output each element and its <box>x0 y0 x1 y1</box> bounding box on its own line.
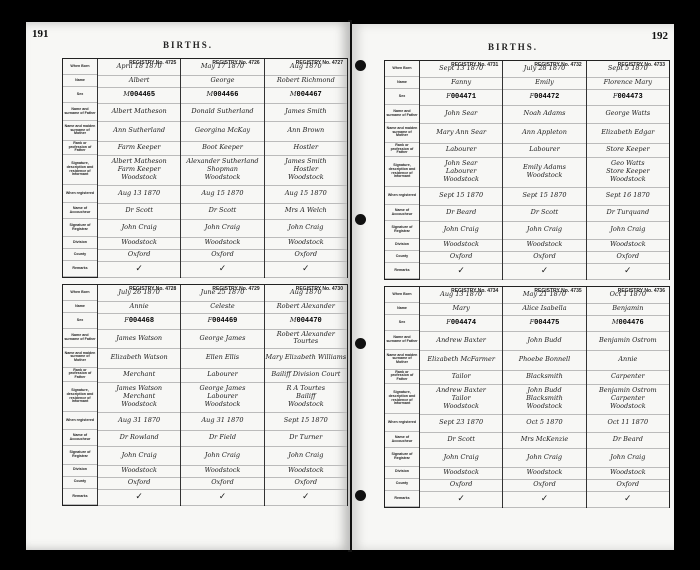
entry-accoucheur: Mrs A Welch <box>265 203 347 220</box>
row-label: Name and maiden surname of Mother <box>63 348 97 368</box>
row-label: Division <box>63 465 97 477</box>
row-label: Name and maiden surname of Mother <box>385 123 419 143</box>
entry-registrar: John Craig <box>503 221 585 240</box>
entry-accoucheur: Dr Beard <box>420 205 502 222</box>
entry-informant: Alexander SutherlandShopmanWoodstock <box>181 155 263 186</box>
row-label: Name of Accoucheur <box>63 430 97 446</box>
entry-remarks: ✓ <box>181 489 263 506</box>
checkmark-icon: ✓ <box>457 494 465 505</box>
row-label: Remarks <box>63 261 97 277</box>
row-label: When Born <box>385 61 419 77</box>
entry-registrar: John Craig <box>587 221 669 240</box>
row-label: When Born <box>63 285 97 301</box>
entry-when-born: Aug 1870 <box>265 59 347 76</box>
entry-informant: James SmithHostlerWoodstock <box>265 155 347 186</box>
checkmark-icon: ✓ <box>135 264 143 275</box>
page-title: BIRTHS. <box>26 40 350 50</box>
entry-sex: F 004473 <box>587 89 669 106</box>
entry-informant: R A TourtesBailiffWoodstock <box>265 382 347 413</box>
entry-father: Albert Matheson <box>98 103 180 122</box>
row-label: County <box>63 249 97 261</box>
entry-when-born: April 18 1870 <box>98 59 180 76</box>
entry-registered: Sept 15 1870 <box>503 187 585 206</box>
entry-remarks: ✓ <box>98 489 180 506</box>
entry-when-born: Aug 13 1870 <box>420 287 502 304</box>
certificate-stamp: 004476 <box>619 319 644 327</box>
register-entry: REGISTRY No. 4729June 25 1870CelesteF 00… <box>181 285 264 505</box>
row-label: Signature, description and residence of … <box>385 384 419 414</box>
entry-registered: Aug 15 1870 <box>265 185 347 204</box>
row-label: Name <box>63 301 97 313</box>
certificate-stamp: 004468 <box>129 317 154 325</box>
row-label: Name <box>385 77 419 89</box>
entry-sex: M 004466 <box>181 87 263 104</box>
entry-accoucheur: Mrs McKenzie <box>503 432 585 449</box>
entry-sex: F 004472 <box>503 89 585 106</box>
entry-remarks: ✓ <box>265 489 347 506</box>
page-number: 191 <box>32 28 49 40</box>
entry-sex: M 004476 <box>587 315 669 332</box>
row-label: Remarks <box>385 263 419 279</box>
entry-remarks: ✓ <box>587 491 669 508</box>
entry-informant: Andrew BaxterTailorWoodstock <box>420 384 502 415</box>
entry-columns: REGISTRY No. 4725April 18 1870AlbertM 00… <box>98 59 347 277</box>
entry-registrar: John Craig <box>265 219 347 238</box>
row-label: When Born <box>385 287 419 303</box>
entry-columns: REGISTRY No. 4731Sept 13 1870FannyF 0044… <box>420 61 669 279</box>
entry-registrar: John Craig <box>98 446 180 465</box>
row-label: Signature of Registrar <box>63 219 97 237</box>
entry-rank: Labourer <box>420 143 502 158</box>
certificate-stamp: 004471 <box>451 93 476 101</box>
entry-registered: Oct 5 1870 <box>503 414 585 433</box>
entry-registered: Sept 15 1870 <box>420 187 502 206</box>
entry-rank: Carpenter <box>587 370 669 385</box>
checkmark-icon: ✓ <box>302 264 310 275</box>
entry-accoucheur: Dr Turner <box>265 430 347 447</box>
entry-sex: F 004469 <box>181 313 263 330</box>
entry-father: Andrew Baxter <box>420 331 502 350</box>
entry-mother: Phoebe Bonnell <box>503 350 585 371</box>
entry-mother: Ann Appleton <box>503 123 585 144</box>
row-label: Name and surname of Father <box>63 329 97 347</box>
entry-father: James Watson <box>98 329 180 348</box>
register-block: When BornNameSexName and surname of Fath… <box>384 286 670 508</box>
entry-mother: Elizabeth Edgar <box>587 123 669 144</box>
entry-sex: F 004475 <box>503 315 585 332</box>
row-label: Rank or profession of Father <box>63 368 97 382</box>
register-entry: REGISTRY No. 4730Aug 1870Robert Alexande… <box>265 285 347 505</box>
entry-sex: F 004474 <box>420 315 502 332</box>
entry-accoucheur: Dr Turquand <box>587 205 669 222</box>
entry-columns: REGISTRY No. 4734Aug 13 1870MaryF 004474… <box>420 287 669 507</box>
row-labels: When BornNameSexName and surname of Fath… <box>63 285 98 505</box>
entry-registrar: John Craig <box>181 446 263 465</box>
entry-rank: Store Keeper <box>587 143 669 158</box>
row-label: Name and surname of Father <box>385 331 419 349</box>
certificate-stamp: 004474 <box>451 319 476 327</box>
entry-informant: George JamesLabourerWoodstock <box>181 382 263 413</box>
row-labels: When BornNameSexName and surname of Fath… <box>385 287 420 507</box>
entry-registrar: John Craig <box>503 448 585 467</box>
row-label: Name and surname of Father <box>385 105 419 123</box>
right-page: 192 BIRTHS. When BornNameSexName and sur… <box>352 24 674 550</box>
entry-sex: F 004468 <box>98 313 180 330</box>
entry-registrar: John Craig <box>587 448 669 467</box>
entry-informant: John SearLabourerWoodstock <box>420 157 502 188</box>
row-label: Signature of Registrar <box>385 221 419 239</box>
entry-mother: Mary Elizabeth Williams <box>265 348 347 369</box>
certificate-stamp: 004469 <box>212 317 237 325</box>
entry-accoucheur: Dr Scott <box>181 203 263 220</box>
row-label: Name and maiden surname of Mother <box>63 121 97 141</box>
entry-registrar: John Craig <box>98 219 180 238</box>
register-block: When BornNameSexName and surname of Fath… <box>384 60 670 280</box>
entry-father: John Sear <box>420 105 502 124</box>
row-label: Signature, description and residence of … <box>63 155 97 185</box>
page-number: 192 <box>652 30 669 42</box>
certificate-stamp: 004473 <box>617 93 642 101</box>
entry-remarks: ✓ <box>503 491 585 508</box>
row-label: Rank or profession of Father <box>63 141 97 155</box>
entry-when-born: May 17 1870 <box>181 59 263 76</box>
entry-sex: M 004467 <box>265 87 347 104</box>
certificate-stamp: 004466 <box>213 91 238 99</box>
certificate-stamp: 004467 <box>297 91 322 99</box>
entry-accoucheur: Dr Field <box>181 430 263 447</box>
page-title: BIRTHS. <box>352 42 674 52</box>
entry-when-born: July 26 1870 <box>98 285 180 302</box>
entry-registered: Aug 31 1870 <box>181 412 263 431</box>
entry-rank: Tailor <box>420 370 502 385</box>
entry-rank: Bailiff Division Court <box>265 368 347 383</box>
entry-mother: Elizabeth Watson <box>98 348 180 369</box>
row-label: County <box>63 477 97 489</box>
entry-registered: Aug 13 1870 <box>98 185 180 204</box>
entry-remarks: ✓ <box>98 261 180 278</box>
row-label: When registered <box>63 412 97 430</box>
entry-registered: Oct 11 1870 <box>587 414 669 433</box>
entry-rank: Hostler <box>265 141 347 156</box>
entry-informant: Benjamin OstromCarpenterWoodstock <box>587 384 669 415</box>
row-label: When registered <box>385 414 419 432</box>
entry-remarks: ✓ <box>503 263 585 280</box>
entry-rank: Labourer <box>503 143 585 158</box>
entry-sex: F 004471 <box>420 89 502 106</box>
entry-registered: Sept 23 1870 <box>420 414 502 433</box>
entry-mother: Ann Sutherland <box>98 121 180 142</box>
entry-registrar: John Craig <box>265 446 347 465</box>
row-labels: When BornNameSexName and surname of Fath… <box>63 59 98 277</box>
register-entry: REGISTRY No. 4736Oct 1 1870BenjaminM 004… <box>587 287 669 507</box>
entry-remarks: ✓ <box>181 261 263 278</box>
entry-rank: Farm Keeper <box>98 141 180 156</box>
entry-registered: Sept 15 1870 <box>265 412 347 431</box>
entry-father: George Watts <box>587 105 669 124</box>
certificate-stamp: 004472 <box>534 93 559 101</box>
entry-father: George James <box>181 329 263 348</box>
entry-sex: M 004465 <box>98 87 180 104</box>
register-entry: REGISTRY No. 4732July 28 1870EmilyF 0044… <box>503 61 586 279</box>
entry-father: John Budd <box>503 331 585 350</box>
row-label: Signature of Registrar <box>385 448 419 466</box>
row-label: Rank or profession of Father <box>385 370 419 384</box>
entry-sex: M 004470 <box>265 313 347 330</box>
register-block: When BornNameSexName and surname of Fath… <box>62 58 348 278</box>
row-label: Sex <box>385 89 419 105</box>
checkmark-icon: ✓ <box>135 492 143 503</box>
row-label: Signature of Registrar <box>63 446 97 464</box>
certificate-stamp: 004470 <box>297 317 322 325</box>
entry-columns: REGISTRY No. 4728July 26 1870AnnieF 0044… <box>98 285 347 505</box>
row-label: When registered <box>63 185 97 203</box>
entry-informant: Albert MathesonFarm KeeperWoodstock <box>98 155 180 186</box>
entry-when-born: May 21 1870 <box>503 287 585 304</box>
entry-registrar: John Craig <box>420 221 502 240</box>
row-label: Name of Accoucheur <box>385 205 419 221</box>
checkmark-icon: ✓ <box>624 494 632 505</box>
row-label: Name and surname of Father <box>63 103 97 121</box>
register-entry: REGISTRY No. 4734Aug 13 1870MaryF 004474… <box>420 287 503 507</box>
row-label: Name <box>63 75 97 87</box>
entry-accoucheur: Dr Rowland <box>98 430 180 447</box>
certificate-stamp: 004475 <box>534 319 559 327</box>
row-label: Name of Accoucheur <box>385 432 419 448</box>
entry-father: Benjamin Ostrom <box>587 331 669 350</box>
row-label: Division <box>385 239 419 251</box>
entry-when-born: June 25 1870 <box>181 285 263 302</box>
checkmark-icon: ✓ <box>541 266 549 277</box>
entry-when-born: July 28 1870 <box>503 61 585 78</box>
row-label: County <box>385 479 419 491</box>
entry-remarks: ✓ <box>420 491 502 508</box>
row-label: Division <box>63 237 97 249</box>
entry-mother: Georgina McKay <box>181 121 263 142</box>
entry-registered: Aug 31 1870 <box>98 412 180 431</box>
row-label: Remarks <box>63 489 97 505</box>
entry-informant: James WatsonMerchantWoodstock <box>98 382 180 413</box>
register-entry: REGISTRY No. 4735May 21 1870Alice Isabel… <box>503 287 586 507</box>
entry-mother: Ann Brown <box>265 121 347 142</box>
binder-hole-icon <box>355 214 366 225</box>
checkmark-icon: ✓ <box>624 266 632 277</box>
checkmark-icon: ✓ <box>302 492 310 503</box>
register-entry: REGISTRY No. 4725April 18 1870AlbertM 00… <box>98 59 181 277</box>
entry-informant: Emily AdamsWoodstock <box>503 157 585 188</box>
entry-rank: Blacksmith <box>503 370 585 385</box>
entry-informant: John BuddBlacksmithWoodstock <box>503 384 585 415</box>
entry-rank: Labourer <box>181 368 263 383</box>
entry-when-born: Oct 1 1870 <box>587 287 669 304</box>
entry-remarks: ✓ <box>265 261 347 278</box>
checkmark-icon: ✓ <box>219 264 227 275</box>
entry-accoucheur: Dr Scott <box>420 432 502 449</box>
entry-registrar: John Craig <box>420 448 502 467</box>
entry-mother: Ellen Ellis <box>181 348 263 369</box>
entry-father: Robert Alexander Tourtes <box>265 329 347 348</box>
entry-remarks: ✓ <box>587 263 669 280</box>
row-label: Signature, description and residence of … <box>63 382 97 412</box>
entry-rank: Boot Keeper <box>181 141 263 156</box>
entry-registrar: John Craig <box>181 219 263 238</box>
entry-remarks: ✓ <box>420 263 502 280</box>
entry-accoucheur: Dr Scott <box>98 203 180 220</box>
register-entry: REGISTRY No. 4731Sept 13 1870FannyF 0044… <box>420 61 503 279</box>
entry-accoucheur: Dr Beard <box>587 432 669 449</box>
entry-registered: Sept 16 1870 <box>587 187 669 206</box>
register-entry: REGISTRY No. 4728July 26 1870AnnieF 0044… <box>98 285 181 505</box>
binder-hole-icon <box>355 490 366 501</box>
row-label: Rank or profession of Father <box>385 143 419 157</box>
register-entry: REGISTRY No. 4726May 17 1870GeorgeM 0044… <box>181 59 264 277</box>
row-label: Remarks <box>385 491 419 507</box>
entry-father: James Smith <box>265 103 347 122</box>
entry-informant: Geo WattsStore KeeperWoodstock <box>587 157 669 188</box>
entry-when-born: Aug 1870 <box>265 285 347 302</box>
row-label: When registered <box>385 187 419 205</box>
register-entry: REGISTRY No. 4733Sept 5 1870Florence Mar… <box>587 61 669 279</box>
row-label: Sex <box>63 87 97 103</box>
row-label: Division <box>385 467 419 479</box>
left-page: 191 BIRTHS. When BornNameSexName and sur… <box>26 22 350 550</box>
row-label: Sex <box>63 313 97 329</box>
entry-mother: Mary Ann Sear <box>420 123 502 144</box>
certificate-stamp: 004465 <box>130 91 155 99</box>
row-label: When Born <box>63 59 97 75</box>
register-block: When BornNameSexName and surname of Fath… <box>62 284 348 506</box>
row-label: Name <box>385 303 419 315</box>
row-label: Name of Accoucheur <box>63 203 97 219</box>
register-entry: REGISTRY No. 4727Aug 1870Robert Richmond… <box>265 59 347 277</box>
entry-when-born: Sept 5 1870 <box>587 61 669 78</box>
checkmark-icon: ✓ <box>457 266 465 277</box>
row-label: Sex <box>385 315 419 331</box>
entry-mother: Annie <box>587 350 669 371</box>
binder-hole-icon <box>355 338 366 349</box>
entry-mother: Elizabeth McFarmer <box>420 350 502 371</box>
entry-registered: Aug 15 1870 <box>181 185 263 204</box>
checkmark-icon: ✓ <box>219 492 227 503</box>
binder-hole-icon <box>355 60 366 71</box>
row-label: Signature, description and residence of … <box>385 157 419 187</box>
entry-when-born: Sept 13 1870 <box>420 61 502 78</box>
entry-accoucheur: Dr Scott <box>503 205 585 222</box>
row-label: Name and maiden surname of Mother <box>385 350 419 370</box>
entry-father: Noah Adams <box>503 105 585 124</box>
row-label: County <box>385 251 419 263</box>
entry-rank: Merchant <box>98 368 180 383</box>
checkmark-icon: ✓ <box>541 494 549 505</box>
entry-father: Donald Sutherland <box>181 103 263 122</box>
row-labels: When BornNameSexName and surname of Fath… <box>385 61 420 279</box>
